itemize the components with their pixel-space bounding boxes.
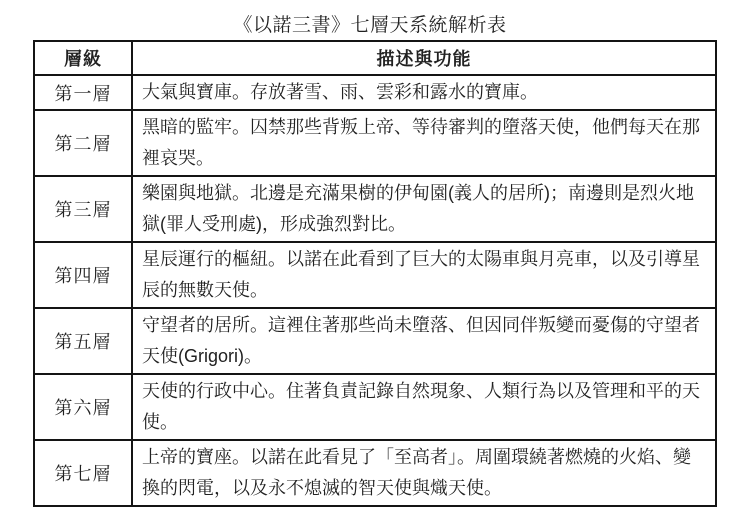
table-row: 第四層 星辰運行的樞紐。以諾在此看到了巨大的太陽車與月亮車，以及引導星辰的無數天…	[34, 242, 716, 308]
seven-heavens-table: 層級 描述與功能 第一層 大氣與寶庫。存放著雪、雨、雲彩和露水的寶庫。 第二層 …	[33, 40, 717, 507]
level-cell: 第四層	[34, 242, 132, 308]
level-cell: 第三層	[34, 176, 132, 242]
table-row: 第一層 大氣與寶庫。存放著雪、雨、雲彩和露水的寶庫。	[34, 75, 716, 110]
header-description: 描述與功能	[132, 41, 716, 75]
description-cell: 守望者的居所。這裡住著那些尚未墮落、但因同伴叛變而憂傷的守望者天使(Grigor…	[132, 308, 716, 374]
table-row: 第二層 黑暗的監牢。囚禁那些背叛上帝、等待審判的墮落天使，他們每天在那裡哀哭。	[34, 110, 716, 176]
description-cell: 大氣與寶庫。存放著雪、雨、雲彩和露水的寶庫。	[132, 75, 716, 110]
table-row: 第七層 上帝的寶座。以諾在此看見了「至高者」。周圍環繞著燃燒的火焰、變換的閃電，…	[34, 440, 716, 506]
header-level: 層級	[34, 41, 132, 75]
level-cell: 第六層	[34, 374, 132, 440]
description-cell: 上帝的寶座。以諾在此看見了「至高者」。周圍環繞著燃燒的火焰、變換的閃電，以及永不…	[132, 440, 716, 506]
level-cell: 第七層	[34, 440, 132, 506]
page-title: 《以諾三書》七層天系統解析表	[0, 10, 740, 37]
description-cell: 星辰運行的樞紐。以諾在此看到了巨大的太陽車與月亮車，以及引導星辰的無數天使。	[132, 242, 716, 308]
level-cell: 第五層	[34, 308, 132, 374]
level-cell: 第二層	[34, 110, 132, 176]
description-cell: 黑暗的監牢。囚禁那些背叛上帝、等待審判的墮落天使，他們每天在那裡哀哭。	[132, 110, 716, 176]
description-cell: 樂園與地獄。北邊是充滿果樹的伊甸園(義人的居所)；南邊則是烈火地獄(罪人受刑處)…	[132, 176, 716, 242]
page: 《以諾三書》七層天系統解析表 層級 描述與功能 第一層 大氣與寶庫。存放著雪、雨…	[0, 0, 740, 521]
table-header-row: 層級 描述與功能	[34, 41, 716, 75]
table-row: 第五層 守望者的居所。這裡住著那些尚未墮落、但因同伴叛變而憂傷的守望者天使(Gr…	[34, 308, 716, 374]
table-row: 第六層 天使的行政中心。住著負責記錄自然現象、人類行為以及管理和平的天使。	[34, 374, 716, 440]
table-row: 第三層 樂園與地獄。北邊是充滿果樹的伊甸園(義人的居所)；南邊則是烈火地獄(罪人…	[34, 176, 716, 242]
description-cell: 天使的行政中心。住著負責記錄自然現象、人類行為以及管理和平的天使。	[132, 374, 716, 440]
level-cell: 第一層	[34, 75, 132, 110]
